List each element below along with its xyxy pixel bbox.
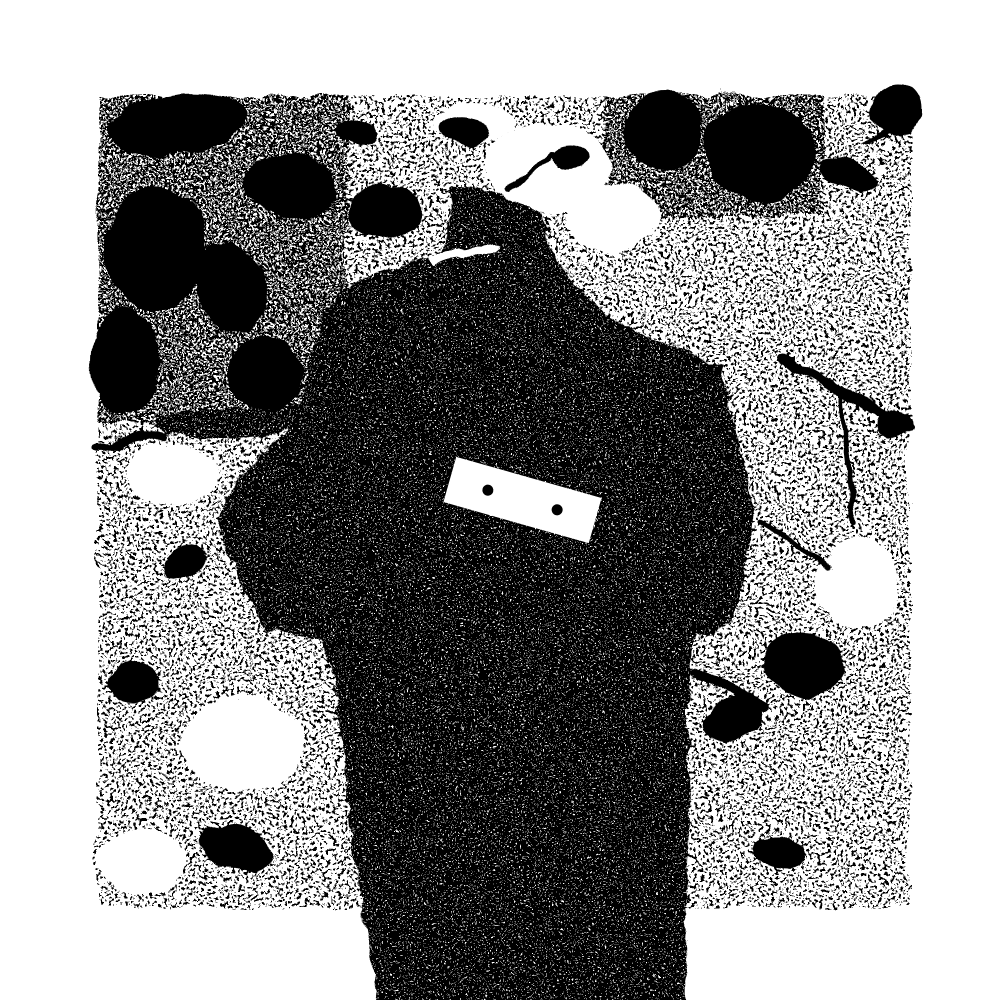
texture-blob xyxy=(89,305,155,415)
texture-blob xyxy=(104,661,156,699)
dithered-photo: Black-and-white 1-bit dithered photograp… xyxy=(0,0,1000,1000)
texture-clearing xyxy=(178,696,302,788)
texture-clearing xyxy=(564,180,656,250)
texture-blob xyxy=(224,332,300,412)
texture-blob xyxy=(760,629,840,695)
texture-blob xyxy=(620,90,700,166)
texture-clearing xyxy=(124,440,216,500)
texture-blob xyxy=(548,143,584,165)
texture-clearing xyxy=(815,534,895,626)
texture-blob xyxy=(330,117,374,143)
artwork-canvas: Black-and-white 1-bit dithered photograp… xyxy=(0,0,1000,1000)
texture-clearing xyxy=(98,824,182,892)
